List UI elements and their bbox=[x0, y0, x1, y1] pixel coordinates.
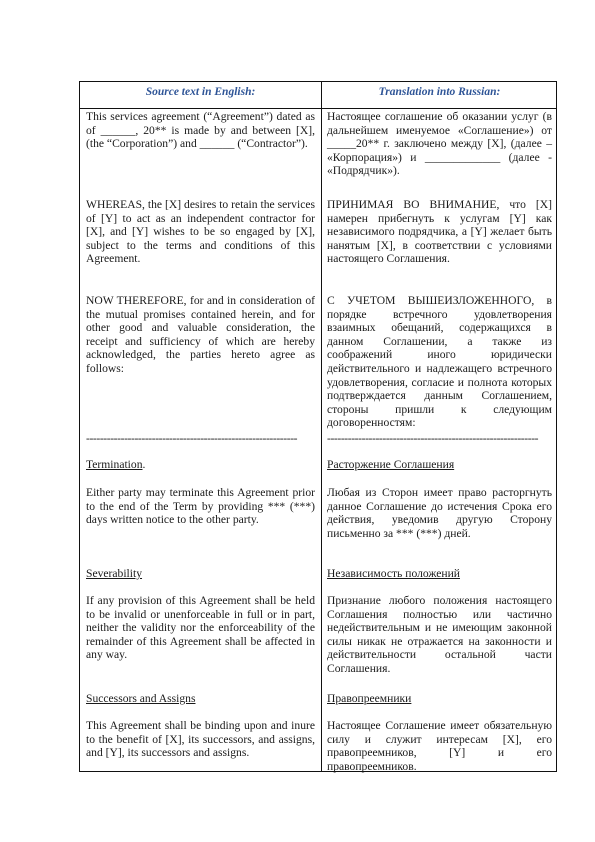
translation-heading-successors: Правопреемники bbox=[327, 692, 552, 706]
termination-heading-text: Termination bbox=[86, 458, 143, 471]
source-heading-successors: Successors and Assigns bbox=[86, 692, 315, 706]
source-paragraph-termination: Either party may terminate this Agreemen… bbox=[86, 486, 315, 527]
header-divider bbox=[80, 108, 556, 109]
source-separator: ----------------------------------------… bbox=[86, 432, 315, 446]
translation-paragraph-successors: Настоящее Соглашение имеет обязательную … bbox=[327, 719, 552, 773]
translation-paragraph-intro: Настоящее соглашение об оказании услуг (… bbox=[327, 110, 552, 178]
translation-paragraph-termination: Любая из Сторон имеет право расторгнуть … bbox=[327, 486, 552, 540]
column-divider bbox=[321, 82, 322, 771]
translation-paragraph-severability: Признание любого положения настоящего Со… bbox=[327, 594, 552, 676]
translation-separator: ----------------------------------------… bbox=[327, 432, 552, 446]
source-paragraph-severability: If any provision of this Agreement shall… bbox=[86, 594, 315, 662]
translation-paragraph-whereas: ПРИНИМАЯ ВО ВНИМАНИЕ, что [X] намерен пр… bbox=[327, 198, 552, 266]
source-paragraph-successors: This Agreement shall be binding upon and… bbox=[86, 719, 315, 760]
translation-heading-severability: Независимость положений bbox=[327, 567, 552, 581]
header-source: Source text in English: bbox=[80, 83, 321, 101]
source-heading-severability: Severability bbox=[86, 567, 315, 581]
source-paragraph-now-therefore: NOW THEREFORE, for and in consideration … bbox=[86, 294, 315, 376]
translation-paragraph-now-therefore: С УЧЕТОМ ВЫШЕИЗЛОЖЕННОГО, в порядке встр… bbox=[327, 294, 552, 430]
header-translation: Translation into Russian: bbox=[322, 83, 557, 101]
translation-heading-termination: Расторжение Соглашения bbox=[327, 458, 552, 472]
source-paragraph-whereas: WHEREAS, the [X] desires to retain the s… bbox=[86, 198, 315, 266]
source-paragraph-intro: This services agreement (“Agreement”) da… bbox=[86, 110, 315, 151]
translation-table: Source text in English: Translation into… bbox=[79, 81, 557, 772]
termination-heading-period: . bbox=[143, 458, 146, 471]
source-heading-termination: Termination. bbox=[86, 458, 315, 472]
